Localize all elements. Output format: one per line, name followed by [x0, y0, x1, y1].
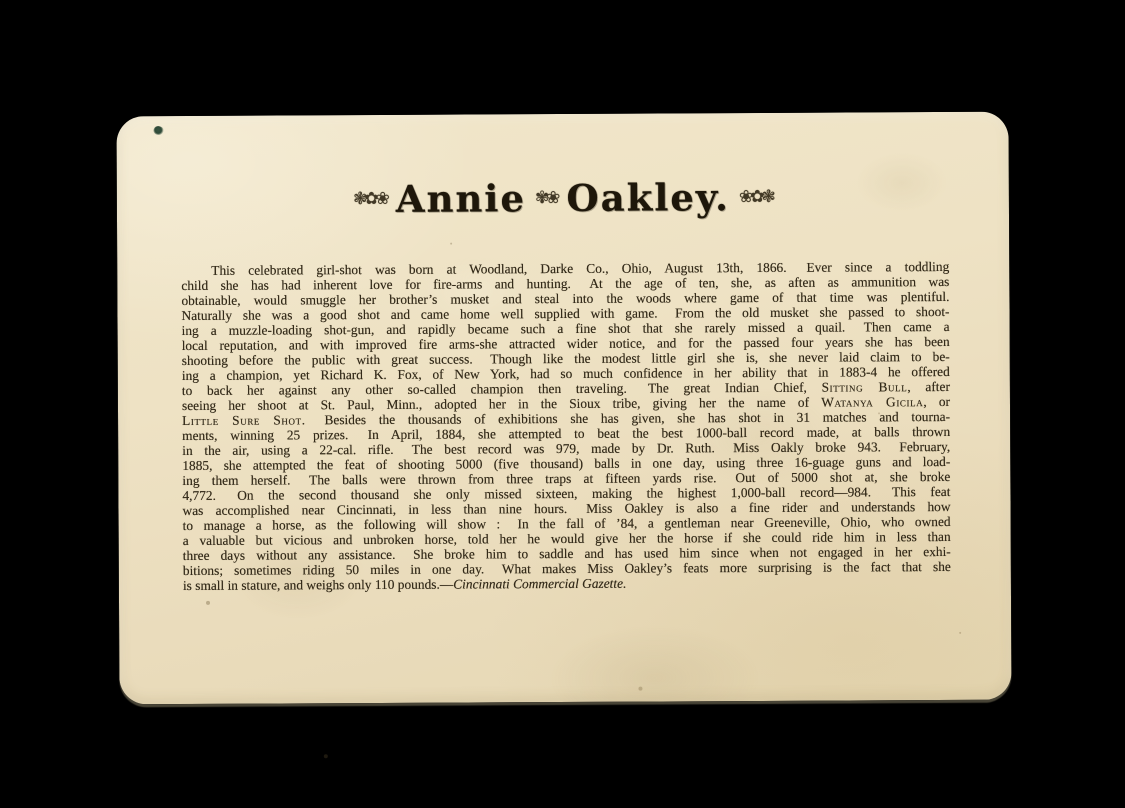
- small-caps-name: Sitting Bull: [822, 379, 908, 394]
- title-word-annie: Annie: [396, 180, 526, 218]
- ink-speck: [152, 125, 164, 137]
- italic-citation: Cincinnati Commercial Gazette.: [453, 576, 626, 592]
- title-word-oakley: Oakley.: [566, 179, 730, 217]
- small-caps-name: Little Sure Shot: [182, 412, 302, 428]
- photo-background: ❃✿❀ Annie ✾❀ Oakley. ❀✿❃ This celebrated…: [0, 0, 1125, 808]
- card-title: ❃✿❀ Annie ✾❀ Oakley. ❀✿❃: [117, 178, 1009, 220]
- small-caps-name: Watanya Gicila: [821, 394, 923, 410]
- body-text-segment: , or: [923, 394, 950, 409]
- card-body-text: This celebrated girl-shot was born at Wo…: [181, 259, 951, 593]
- floral-ornament-right-icon: ❀✿❃: [739, 189, 773, 206]
- annie-oakley-card-back: ❃✿❀ Annie ✾❀ Oakley. ❀✿❃ This celebrated…: [116, 112, 1011, 705]
- floral-ornament-middle-icon: ✾❀: [535, 190, 558, 207]
- paper-specks: [116, 116, 118, 118]
- body-text-segment: is small in stature, and weighs only 110…: [183, 577, 453, 593]
- body-text-segment: , after: [907, 379, 950, 394]
- floral-ornament-left-icon: ❃✿❀: [353, 191, 387, 208]
- text-line: is small in stature, and weighs only 110…: [183, 574, 951, 593]
